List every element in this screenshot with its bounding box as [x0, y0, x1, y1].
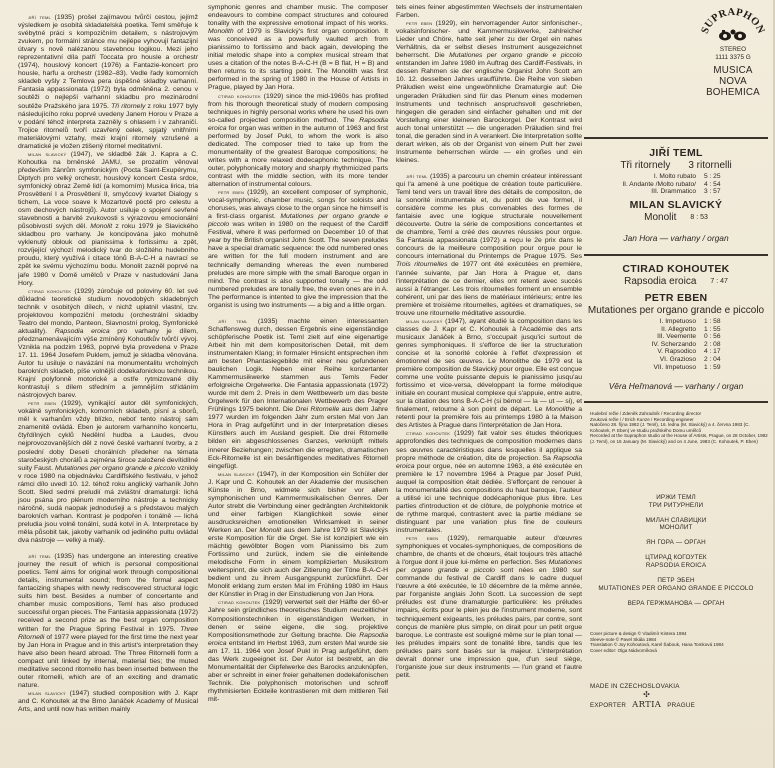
work-title-italic: Monolit: [90, 223, 112, 230]
cyrillic-entry: ИРЖИ ТЕМЛТРИ РИТУРНЕЛИ: [584, 494, 768, 509]
work-name: Monolit: [644, 212, 676, 224]
exporter-line: EXPORTER ✣ ARTIA PRAGUE: [590, 700, 700, 710]
composer-name: JIŘÍ TEML: [584, 147, 768, 160]
work-name: Mutationes per organo grande e piccolo: [584, 305, 768, 317]
work-title-italic: Monolith: [208, 28, 234, 35]
movement-row: I. Molto rubato5 : 25: [584, 173, 768, 181]
cyrillic-entry: ВЕРА ГЕРЖМАНОВА — ОРГАН: [584, 600, 768, 608]
composer-smallcaps: Petr Eben: [218, 190, 244, 196]
duration: 8 : 53: [690, 212, 708, 224]
note-paragraph: Petr Eben (1929), remarquable auteur d'œ…: [396, 535, 582, 680]
artia-emblem-icon: ✣: [643, 690, 650, 699]
work-title-cz: Tři ritornely: [620, 160, 670, 172]
work-title-italic: Three Ritornelli: [18, 626, 198, 641]
divider: [584, 401, 768, 403]
note-paragraph: Ctirad Kohoutek (1929) verwertet seit de…: [208, 599, 388, 704]
note-paragraph: symphonic genres and chamber music. The …: [208, 4, 388, 93]
work-title-italic: Mutationes per organo grande e piccolo: [396, 559, 582, 574]
work-title-it: 3 ritornelli: [688, 160, 731, 172]
supraphon-logo-icon: SUPRAPHON: [700, 8, 766, 46]
stereo-label: STEREO: [700, 46, 766, 54]
series-line: MUSICA: [700, 65, 766, 76]
program-teml: JIŘÍ TEML Tři ritornely 3 ritornelli I. …: [584, 147, 768, 196]
note-paragraph: Jiří Teml (1935) a parcouru un chemin cr…: [396, 173, 582, 318]
work-title-italic: Rapsodia eroica: [208, 117, 388, 132]
work-title-italic: Mutationes per organo grande e piccolo: [55, 465, 176, 472]
credit-line: Recorded at the Supraphon studio at the …: [590, 433, 770, 444]
composer-smallcaps: Ctirad Kohoutek: [218, 94, 261, 100]
program-eben: PETR EBEN Mutationes per organo grande e…: [584, 292, 768, 371]
composer-name: CTIRAD KOHOUTEK: [584, 263, 768, 276]
duration: 7 : 47: [710, 276, 728, 288]
composer-smallcaps: Petr Eben: [406, 536, 438, 542]
divider: [584, 137, 768, 139]
composer-smallcaps: Ctirad Kohoutek: [406, 431, 450, 437]
composer-smallcaps: Milan Slavický: [28, 691, 66, 697]
cyrillic-entry: ЦТИРАД КОГОУТЕКRAPSODIA EROICA: [584, 554, 768, 569]
performer-side-b: Věra Heřmanová — varhany / organ: [584, 381, 768, 391]
series-title: MUSICA NOVA BOHEMICA: [700, 65, 766, 99]
movement-row: VI. Grazioso2 : 04: [584, 356, 768, 364]
movement-row: V. Rapsodico4 : 17: [584, 348, 768, 356]
work-name: Rapsodia eroica: [624, 276, 696, 288]
cyrillic-entry: ПЕТР ЭБЕНMUTATIONES PER ORGANO GRANDE E …: [584, 577, 768, 592]
performer-side-a: Jan Hora — varhany / organ: [584, 233, 768, 243]
composer-smallcaps: Jiří Teml: [28, 554, 51, 560]
program-slavicky: MILAN SLAVICKÝ Monolit 8 : 53: [584, 199, 768, 224]
work-title-italic: Rapsodia eroica: [55, 328, 110, 335]
composer-name: MILAN SLAVICKÝ: [584, 199, 768, 212]
note-paragraph: Petr Eben (1929), ein hervorragender Aut…: [396, 20, 582, 165]
note-paragraph: Milan Slavický (1947), in der Kompositio…: [208, 471, 388, 600]
composer-smallcaps: Jiří Teml: [406, 174, 428, 180]
series-line: BOHEMICA: [700, 87, 766, 98]
notes-column-2: symphonic genres and chamber music. The …: [208, 4, 388, 704]
work-title: Rapsodia eroica 7 : 47: [584, 276, 768, 288]
work-title-italic: Monolit: [259, 527, 281, 534]
movement-row: II. Andante /Molto rubato/4 : 54: [584, 181, 768, 189]
composer-smallcaps: Ctirad Kohoutek: [218, 600, 260, 606]
note-paragraph: tels eines feiner abgestimmten Wechsels …: [396, 4, 582, 20]
cyrillic-program: ИРЖИ ТЕМЛТРИ РИТУРНЕЛИМИЛАН СЛАВИЦКИМОНО…: [584, 494, 768, 615]
movement-row: III. Drammatico3 : 57: [584, 188, 768, 196]
work-title: Monolit 8 : 53: [584, 212, 768, 224]
movement-row: III. Veemente0 : 56: [584, 333, 768, 341]
exporter-label: EXPORTER: [590, 702, 626, 709]
movement-row: II. Allegretto1 : 55: [584, 326, 768, 334]
movement-list: I. Impetuoso1 : 58II. Allegretto1 : 55II…: [584, 318, 768, 371]
design-credits: Cover picture & design © Vladimír Kinter…: [590, 631, 770, 653]
series-line: NOVA: [700, 76, 766, 87]
recording-credits: Hudební režie / Zdeněk Zahradník / Recor…: [590, 411, 770, 444]
note-paragraph: Petr Eben (1929), an excellent composer …: [208, 189, 388, 310]
work-title-italic: Drei Ritornelle: [296, 406, 340, 413]
note-paragraph: Jiří Teml (1935) prošel zajímavou tvůrčí…: [18, 14, 198, 151]
work-title-italic: Rapsodia eroica: [208, 632, 388, 647]
note-paragraph: Ctirad Kohoutek (1929) zúročuje od polov…: [18, 288, 198, 401]
note-paragraph: Ctirad Kohoutek (1929) fait valoir ses é…: [396, 430, 582, 535]
note-paragraph: Milan Slavický (1947) studied compositio…: [18, 690, 198, 714]
credit-line: Cover editor: Olga Nádvorníková: [590, 648, 770, 654]
composer-smallcaps: Jiří Teml: [218, 319, 248, 325]
exporter-name: ARTIA: [632, 700, 661, 710]
movement-row: IV. Scherzando2 : 08: [584, 341, 768, 349]
cyrillic-entry: МИЛАН СЛАВИЦКИМОНОЛИТ: [584, 517, 768, 532]
label-logo-block: SUPRAPHON STEREO 1111 3375 G MUSICA NOVA…: [700, 8, 766, 99]
note-paragraph: Ctirad Kohoutek (1929) since the mid-196…: [208, 93, 388, 190]
notes-column-3: tels eines feiner abgestimmten Wechsels …: [396, 4, 582, 680]
artia-logo: ✣ ARTIA: [632, 700, 661, 710]
note-paragraph: Jiří Teml (1935) machte einen interessan…: [208, 318, 388, 471]
composer-smallcaps: Petr Eben: [406, 21, 432, 27]
made-in-label: MADE IN CZECHOSLOVAKIA: [590, 683, 680, 690]
note-paragraph: Milan Slavický (1947), ayant étudié la c…: [396, 318, 582, 431]
composer-smallcaps: Milan Slavický: [218, 472, 255, 478]
composer-smallcaps: Milan Slavický: [406, 319, 443, 325]
work-title-italic: Tři ritornely: [111, 103, 145, 110]
movement-row: I. Impetuoso1 : 58: [584, 318, 768, 326]
catalog-number: 1111 3375 G: [700, 54, 766, 62]
divider: [584, 254, 768, 256]
note-paragraph: Jiří Teml (1935) has undergone an intere…: [18, 553, 198, 690]
composer-name: PETR EBEN: [584, 292, 768, 305]
work-title-italic: Mutationes per organo grande e piccolo: [208, 213, 388, 228]
program-kohoutek: CTIRAD KOHOUTEK Rapsodia eroica 7 : 47: [584, 263, 768, 288]
movement-list: I. Molto rubato5 : 25II. Andante /Molto …: [584, 173, 768, 196]
work-title-italic: Rapsodia eroica: [396, 455, 582, 470]
note-paragraph: Petr Eben (1929), vynikající autor děl s…: [18, 400, 198, 545]
notes-column-1: Jiří Teml (1935) prošel zajímavou tvůrčí…: [18, 14, 198, 714]
composer-smallcaps: Ctirad Kohoutek: [28, 289, 71, 295]
work-title-italic: Trois ritournelles: [396, 261, 447, 268]
composer-smallcaps: Jiří Teml: [28, 15, 51, 21]
work-title: Tři ritornely 3 ritornelli: [584, 160, 768, 172]
exporter-city: PRAGUE: [667, 702, 695, 709]
credit-line: Natočeno 28. října 1982 (J. Teml), 16. l…: [590, 422, 770, 433]
movement-row: VII. Impetuoso1 : 59: [584, 364, 768, 372]
work-title-italic: Mutationes per organo grande e piccolo: [449, 52, 582, 59]
composer-smallcaps: Petr Eben: [28, 401, 56, 407]
work-title-italic: Monolithe: [546, 406, 576, 413]
note-paragraph: Milan Slavický (1947), ve skladbě žák J.…: [18, 151, 198, 288]
composer-smallcaps: Milan Slavický: [28, 152, 66, 158]
cyrillic-entry: ЯН ГОРА — ОРГАН: [584, 539, 768, 547]
